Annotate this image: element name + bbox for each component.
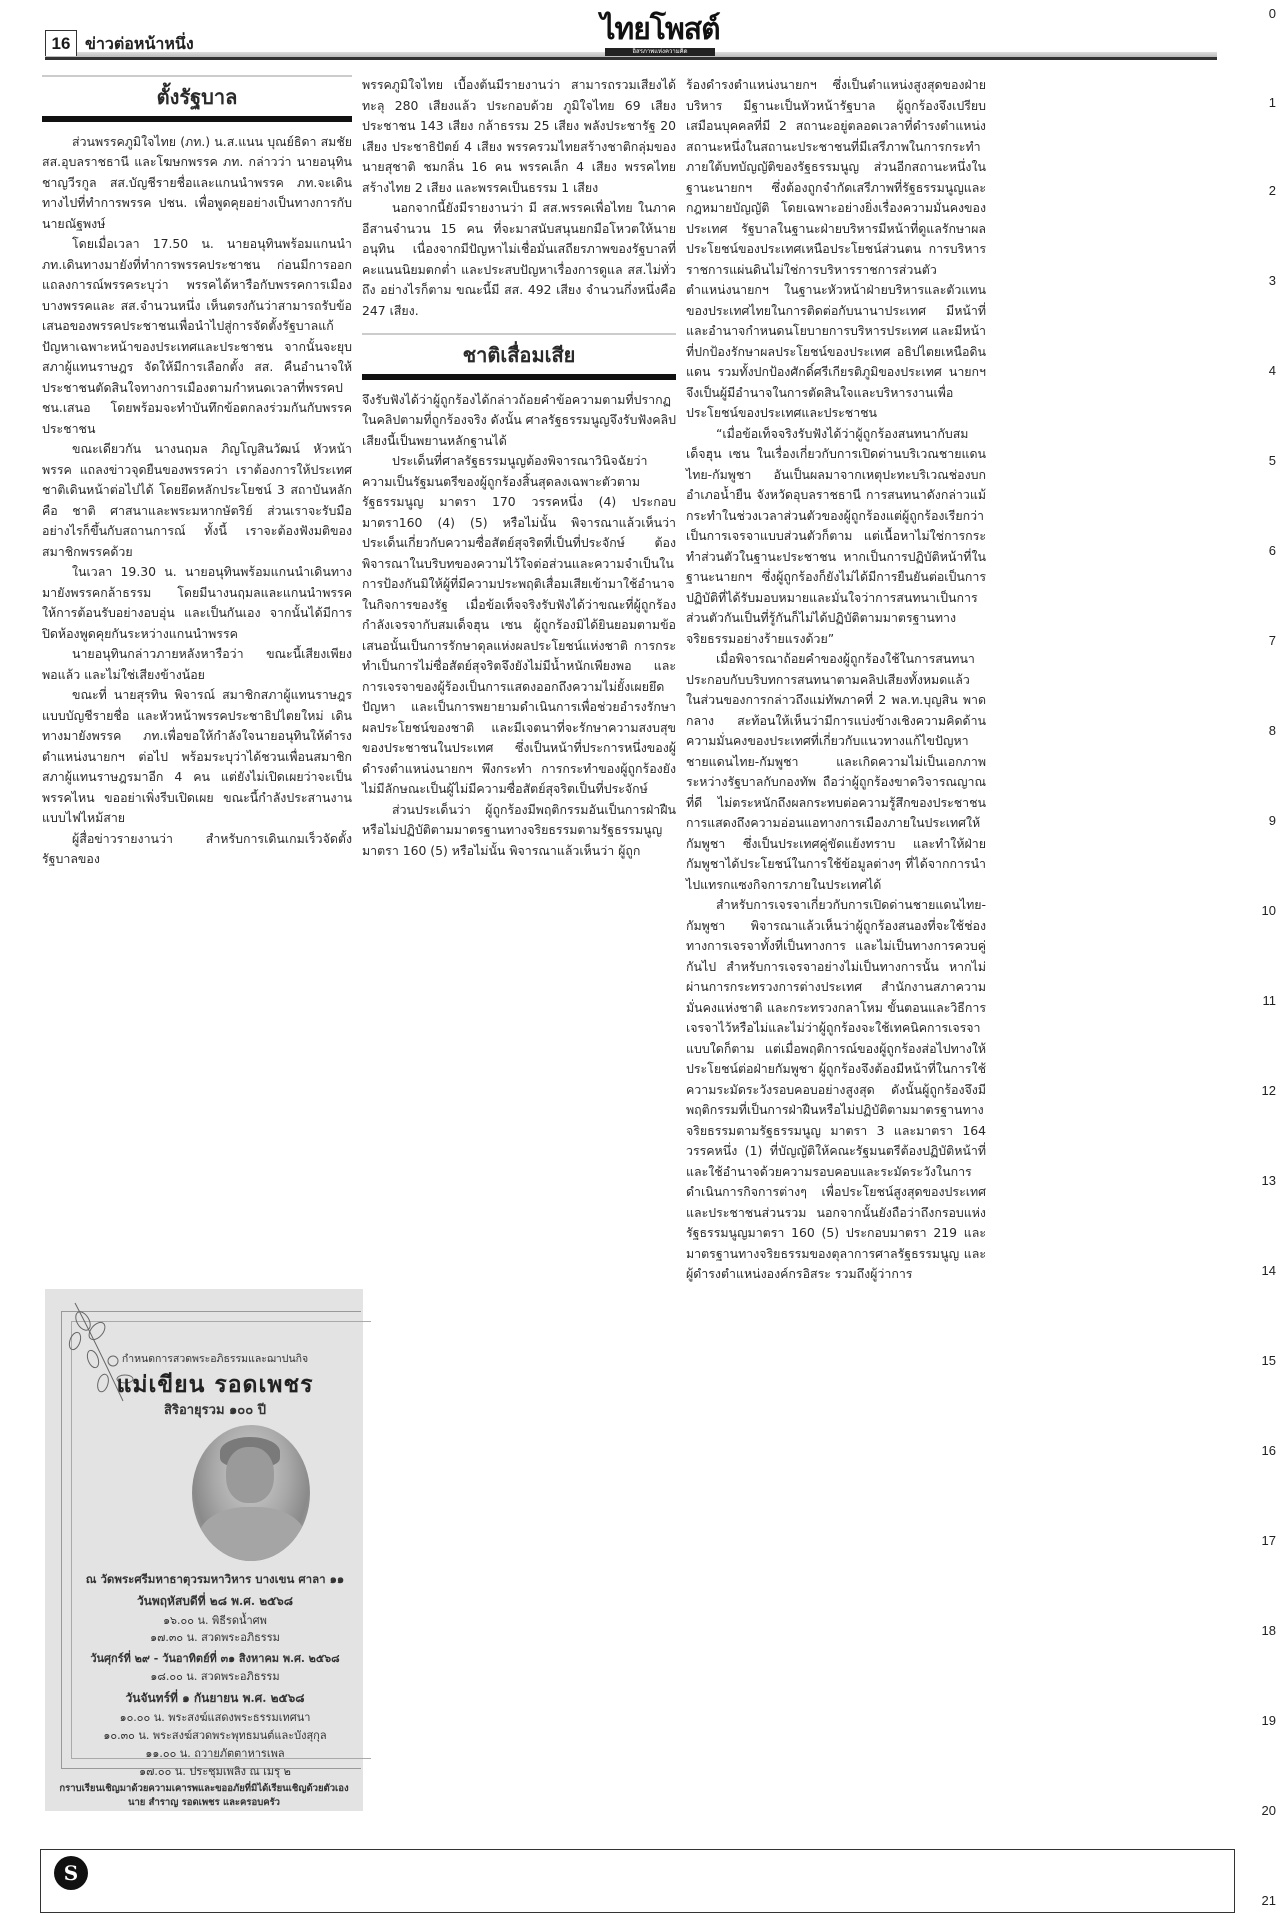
ruler-mark: 3 [1269,273,1276,288]
memorial-subtitle: กำหนดการสวดพระอภิธรรมและฌาปนกิจ [65,1350,365,1367]
paragraph: นอกจากนี้ยังมีรายงานว่า มี สส.พรรคเพื่อไ… [362,198,676,321]
memorial-venue: ณ วัดพระศรีมหาธาตุวรมหาวิหาร บางเขน ศาลา… [65,1571,365,1589]
article-column-2: พรรคภูมิใจไทย เบื้องต้นมีรายงานว่า สามาร… [362,75,676,861]
schedule-day: วันศุกร์ที่ ๒๙ - วันอาทิตย์ที่ ๓๑ สิงหาค… [65,1649,365,1667]
ruler-mark: 5 [1269,453,1276,468]
page-number: 16 [45,30,77,56]
ruler-mark: 1 [1269,95,1276,110]
schedule-item: ๑๐.๓๐ น. พระสงฆ์สวดพระพุทธมนต์และบังสุกุ… [65,1726,365,1744]
article-column-3: ร้องดำรงตำแหน่งนายกฯ ซึ่งเป็นตำแหน่งสูงส… [686,75,986,1285]
schedule-item: ๑๘.๐๐ น. สวดพระอภิธรรม [65,1667,365,1685]
memorial-family: นาย สำราญ รอดเพชร และครอบครัว [45,1795,363,1810]
paragraph: ขณะที่ นายสุรทิน พิจารณ์ สมาชิกสภาผู้แทน… [42,685,352,829]
ruler-mark: 2 [1269,183,1276,198]
ruler-mark: 0 [1269,6,1276,21]
ruler-mark: 20 [1262,1803,1276,1818]
portrait-photo [192,1425,310,1561]
masthead-tagline: อิสรภาพแห่งความคิด [605,48,715,56]
ruler-mark: 19 [1262,1713,1276,1728]
masthead-logo: ไทยโพสต์ [600,12,720,48]
schedule-day: วันพฤหัสบดีที่ ๒๘ พ.ศ. ๒๕๖๘ [65,1592,365,1611]
article-heading: ตั้งรัฐบาล [42,75,352,122]
schedule-item: ๑๑.๐๐ น. ถวายภัตตาหารเพล [65,1744,365,1762]
memorial-age: สิริอายุรวม ๑๐๐ ปี [65,1399,365,1420]
schedule-day: วันจันทร์ที่ ๑ กันยายน พ.ศ. ๒๕๖๘ [65,1689,365,1708]
ruler-mark: 18 [1262,1623,1276,1638]
ruler-mark: 7 [1269,633,1276,648]
paragraph: สำหรับการเจรจาเกี่ยวกับการเปิดด่านชายแดน… [686,895,986,1285]
paragraph: “เมื่อข้อเท็จจริงรับฟังได้ว่าผู้ถูกร้องส… [686,424,986,650]
ruler-mark: 21 [1262,1893,1276,1908]
schedule-item: ๑๐.๐๐ น. พระสงฆ์แสดงพระธรรมเทศนา [65,1708,365,1726]
portrait-body [198,1507,306,1561]
ruler-mark: 8 [1269,723,1276,738]
publisher-logo-icon: S [54,1856,88,1890]
paragraph: พรรคภูมิใจไทย เบื้องต้นมีรายงานว่า สามาร… [362,75,676,198]
schedule-item: ๑๗.๐๐ น. ประชุมเพลิง ณ เมรุ ๒ [65,1762,365,1780]
paragraph: ขณะเดียวกัน นางนฤมล ภิญโญสินวัฒน์ หัวหน้… [42,439,352,562]
paragraph: จึงรับฟังได้ว่าผู้ถูกร้องได้กล่าวถ้อยคำข… [362,390,676,452]
schedule-item: ๑๗.๓๐ น. สวดพระอภิธรรม [65,1628,365,1646]
memorial-invitation: กราบเรียนเชิญมาด้วยความเคารพและขออภัยที่… [45,1781,363,1796]
section-title: ข่าวต่อหน้าหนึ่ง [85,32,194,57]
ruler-mark: 13 [1262,1173,1276,1188]
paragraph: ส่วนประเด็นว่า ผู้ถูกร้องมีพฤติกรรมอันเป… [362,800,676,862]
paragraph: ส่วนพรรคภูมิใจไทย (ภท.) น.ส.แนน บุณย์ธิด… [42,132,352,235]
paragraph: ประเด็นที่ศาลรัฐธรรมนูญต้องพิจารณาวินิจฉ… [362,451,676,800]
ruler-mark: 12 [1262,1083,1276,1098]
paragraph: ร้องดำรงตำแหน่งนายกฯ ซึ่งเป็นตำแหน่งสูงส… [686,75,986,424]
publisher-logo: S [51,1856,91,1908]
article-column-1: ตั้งรัฐบาล ส่วนพรรคภูมิใจไทย (ภท.) น.ส.แ… [42,75,352,870]
ruler-mark: 9 [1269,813,1276,828]
memorial-advertisement: กำหนดการสวดพระอภิธรรมและฌาปนกิจ แม่เขียน… [45,1289,363,1811]
ruler-mark: 16 [1262,1443,1276,1458]
page-ruler: 0 1 2 3 4 5 6 7 8 9 10 11 12 13 14 15 16… [1252,0,1276,1920]
page-header: 16 ข่าวต่อหน้าหนึ่ง ไทยโพสต์ อิสรภาพแห่ง… [35,22,1235,58]
publisher-footer: S [40,1849,1235,1913]
portrait-face [226,1447,274,1503]
paragraph: โดยเมื่อเวลา 17.50 น. นายอนุทินพร้อมแกนน… [42,234,352,439]
ruler-mark: 10 [1262,903,1276,918]
memorial-name: แม่เขียน รอดเพชร [65,1367,365,1403]
paragraph: ในเวลา 19.30 น. นายอนุทินพร้อมแกนนำเดินท… [42,562,352,644]
paragraph: เมื่อพิจารณาถ้อยคำของผู้ถูกร้องใช้ในการส… [686,649,986,895]
schedule-item: ๑๖.๐๐ น. พิธีรดน้ำศพ [65,1611,365,1629]
ruler-mark: 15 [1262,1353,1276,1368]
ruler-mark: 6 [1269,543,1276,558]
ruler-mark: 4 [1269,363,1276,378]
ruler-mark: 11 [1263,993,1277,1008]
article-heading: ชาติเสื่อมเสีย [362,333,676,380]
ruler-mark: 14 [1262,1263,1276,1278]
paragraph: ผู้สื่อข่าวรายงานว่า สำหรับการเดินเกมเร็… [42,829,352,870]
paragraph: นายอนุทินกล่าวภายหลังหารือว่า ขณะนี้เสีย… [42,644,352,685]
ruler-mark: 17 [1262,1533,1276,1548]
masthead: ไทยโพสต์ อิสรภาพแห่งความคิด [600,12,720,58]
